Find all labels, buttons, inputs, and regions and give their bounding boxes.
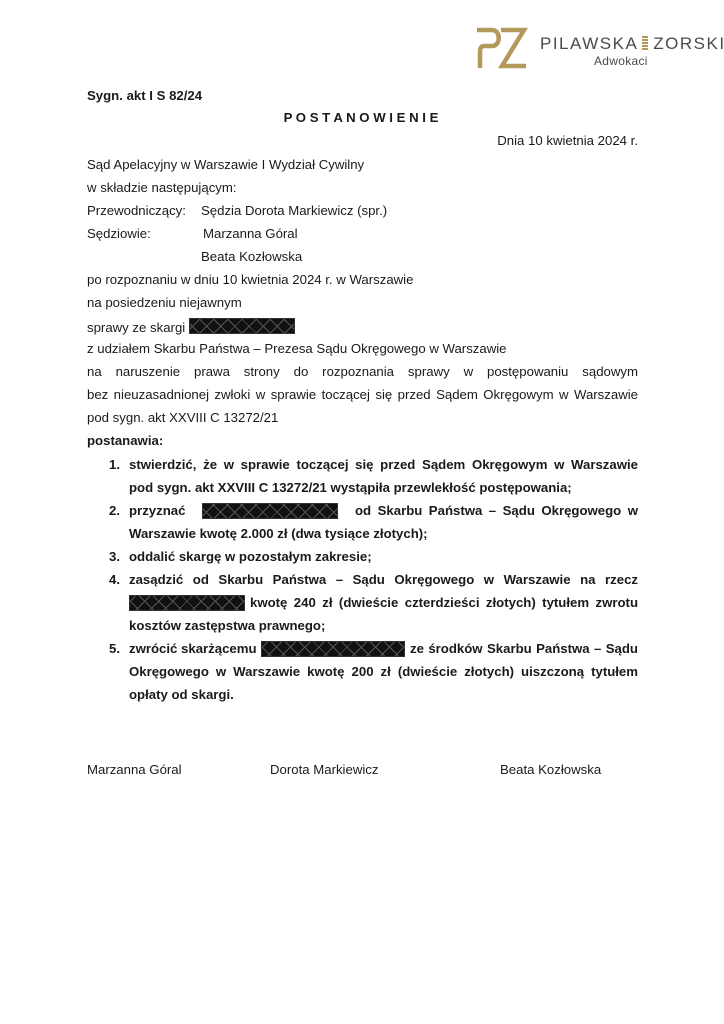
judge-1: Marzanna Góral xyxy=(203,226,298,242)
complaint-line: sprawy ze skargi xyxy=(87,318,295,336)
item-2-line-2: Warszawie kwotę 2.000 zł (dwa tysiące zł… xyxy=(129,526,638,542)
item-1-line-2: pod sygn. akt XXVIII C 13272/21 wystąpił… xyxy=(129,480,638,496)
hearing-line: po rozpoznaniu w dniu 10 kwietnia 2024 r… xyxy=(87,272,413,288)
redacted-name xyxy=(129,595,245,611)
redacted-name xyxy=(202,503,338,519)
item-number: 5. xyxy=(109,641,120,656)
item-3-line-1: oddalić skargę w pozostałym zakresie; xyxy=(129,549,638,565)
item-5-line-2: Okręgowego w Warszawie kwotę 200 zł (dwi… xyxy=(129,664,638,680)
item-2-line-1-tail: od Skarbu Państwa – Sądu Okręgowego w xyxy=(355,503,638,519)
separator-icon xyxy=(642,36,648,50)
firm-logo-icon xyxy=(474,26,528,70)
item-number: 2. xyxy=(109,503,120,518)
item-2-line-1: przyznaćod Skarbu Państwa – Sądu Okręgow… xyxy=(129,503,638,519)
case-number: Sygn. akt I S 82/24 xyxy=(87,88,202,104)
redacted-name xyxy=(261,641,405,657)
document-title: P O S T A N O W I E N I E xyxy=(0,110,724,126)
item-4-line-1: zasądzić od Skarbu Państwa – Sądu Okręgo… xyxy=(129,572,638,588)
item-number: 3. xyxy=(109,549,120,564)
judge-2: Beata Kozłowska xyxy=(201,249,302,265)
item-1-line-1: stwierdzić, że w sprawie toczącej się pr… xyxy=(129,457,638,473)
firm-name: PILAWSKAZORSKI xyxy=(540,34,724,54)
composition-intro: w składzie następującym: xyxy=(87,180,237,196)
signature-2: Dorota Markiewicz xyxy=(270,762,378,778)
decides-label: postanawia: xyxy=(87,433,163,449)
item-number: 4. xyxy=(109,572,120,587)
participation-line: z udziałem Skarbu Państwa – Prezesa Sądu… xyxy=(87,341,507,357)
signature-1: Marzanna Góral xyxy=(87,762,182,778)
item-number: 1. xyxy=(109,457,120,472)
chair-label: Przewodniczący: xyxy=(87,203,186,219)
subject-line-2: bez nieuzasadnionej zwłoki w sprawie toc… xyxy=(87,387,638,403)
court-name: Sąd Apelacyjny w Warszawie I Wydział Cyw… xyxy=(87,157,364,173)
item-5-line-3: opłaty od skargi. xyxy=(129,687,638,703)
chair-name: Sędzia Dorota Markiewicz (spr.) xyxy=(201,203,387,219)
document-date: Dnia 10 kwietnia 2024 r. xyxy=(497,133,638,149)
item-4-line-3: kosztów zastępstwa prawnego; xyxy=(129,618,638,634)
judges-label: Sędziowie: xyxy=(87,226,151,242)
item-5-line-1: zwrócić skarżącemuze środków Skarbu Pańs… xyxy=(129,641,638,657)
signature-3: Beata Kozłowska xyxy=(500,762,601,778)
firm-subtitle: Adwokaci xyxy=(594,54,648,68)
item-4-line-2: kwotę 240 zł (dwieście czterdzieści złot… xyxy=(129,595,638,611)
firm-name-right: ZORSKI xyxy=(653,34,724,53)
session-line: na posiedzeniu niejawnym xyxy=(87,295,242,311)
subject-line-3: pod sygn. akt XXVIII C 13272/21 xyxy=(87,410,278,426)
subject-line-1: na naruszenie prawa strony do rozpoznani… xyxy=(87,364,638,380)
redacted-name xyxy=(189,318,295,334)
firm-name-left: PILAWSKA xyxy=(540,34,638,53)
